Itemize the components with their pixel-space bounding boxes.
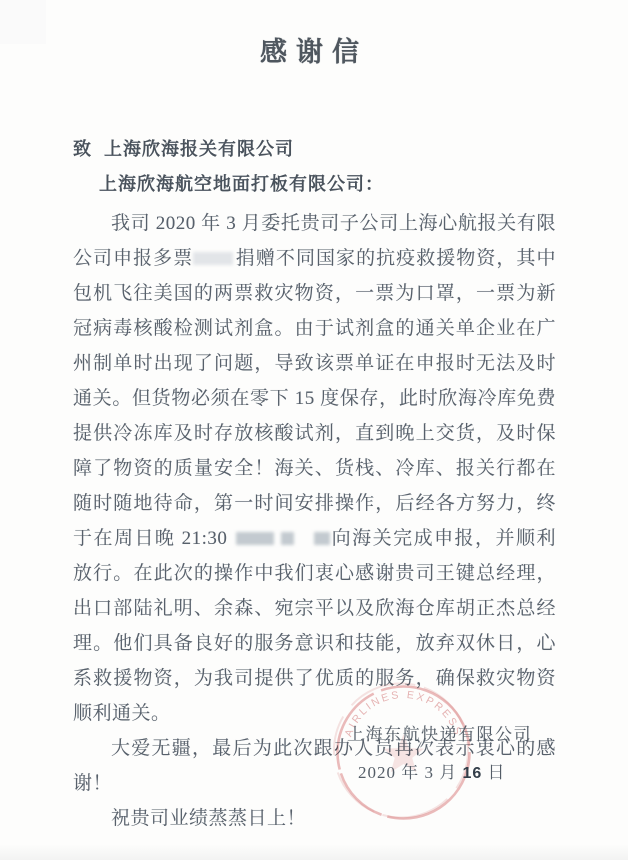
redaction-block [314, 532, 330, 545]
scanned-letter-page: 感谢信 致上海欣海报关有限公司 上海欣海航空地面打板有限公司： 我司 2020 … [0, 0, 628, 860]
redaction-block [193, 252, 233, 265]
signature-date: 2020 年 3 月 16 日 [358, 758, 506, 783]
scan-artifact-top-left [0, 0, 46, 44]
paragraph-main: 我司 2020 年 3 月委托贵司子公司上海心航报关有限公司申报多票捐赠不同国家… [73, 206, 556, 731]
to-label: 致 [73, 139, 92, 159]
signature-company: 上海东航快递有限公司 [347, 720, 532, 745]
paragraph-main-segment-3: 向海关完成申报，并顺利放行。在此次的操作中我们衷心感谢贵司王键总经理，出口部陆礼… [73, 528, 556, 724]
addressee-line-1: 致上海欣海报关有限公司 [73, 137, 556, 161]
scan-artifact-bottom [0, 844, 628, 860]
redaction-block [281, 532, 294, 545]
paragraph-well-wishes: 祝贵司业绩蒸蒸日上！ [73, 801, 556, 836]
paragraph-main-segment-2: 捐赠不同国家的抗疫救援物资，其中包机飞往美国的两票救灾物资，一票为口罩，一票为新… [73, 248, 556, 549]
letter-body: 致上海欣海报关有限公司 上海欣海航空地面打板有限公司： 我司 2020 年 3 … [0, 137, 628, 836]
signature-date-prefix: 2020 年 3 月 [358, 763, 463, 782]
letter-title: 感谢信 [0, 32, 628, 72]
signature-date-suffix: 日 [482, 763, 505, 782]
redaction-block [236, 532, 274, 545]
addressee-company-1: 上海欣海报关有限公司 [104, 139, 294, 159]
signature-date-day: 16 [463, 765, 483, 782]
addressee-line-2: 上海欣海航空地面打板有限公司： [99, 172, 556, 196]
